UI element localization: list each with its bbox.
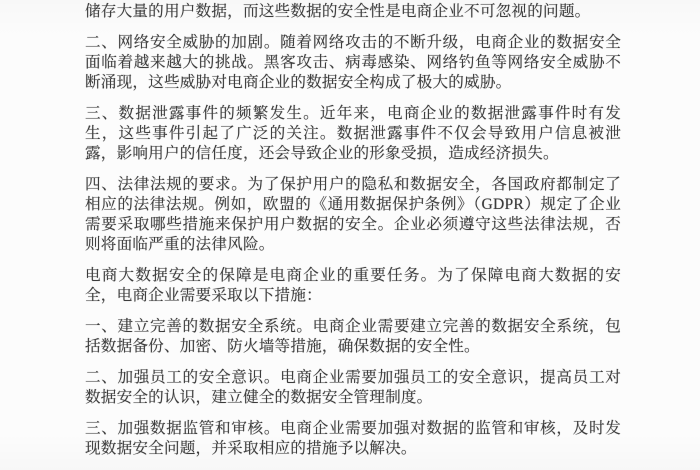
document-page: 储存大量的用户数据，而这些数据的安全性是电商企业不可忽视的问题。 二、网络安全威…: [0, 0, 700, 470]
paragraph-measure-3-supervision-audit: 三、加强数据监管和审核。电商企业需要加强对数据的监管和审核，及时发现数据安全问题…: [85, 419, 621, 459]
document-body: 储存大量的用户数据，而这些数据的安全性是电商企业不可忽视的问题。 二、网络安全威…: [85, 2, 621, 459]
paragraph-continuation-top: 储存大量的用户数据，而这些数据的安全性是电商企业不可忽视的问题。: [85, 2, 621, 22]
paragraph-point-2-network-threats: 二、网络安全威胁的加剧。随着网络攻击的不断升级，电商企业的数据安全面临着越来越大…: [85, 33, 621, 93]
paragraph-measure-1-security-system: 一、建立完善的数据安全系统。电商企业需要建立完善的数据安全系统，包括数据备份、加…: [85, 317, 621, 357]
paragraph-point-3-data-leaks: 三、数据泄露事件的频繁发生。近年来，电商企业的数据泄露事件时有发生，这些事件引起…: [85, 104, 621, 164]
paragraph-point-4-legal-requirements: 四、法律法规的要求。为了保护用户的隐私和数据安全，各国政府都制定了相应的法律法规…: [85, 175, 621, 255]
paragraph-measure-2-employee-awareness: 二、加强员工的安全意识。电商企业需要加强员工的安全意识，提高员工对数据安全的认识…: [85, 368, 621, 408]
paragraph-measures-intro: 电商大数据安全的保障是电商企业的重要任务。为了保障电商大数据的安全，电商企业需要…: [85, 266, 621, 306]
